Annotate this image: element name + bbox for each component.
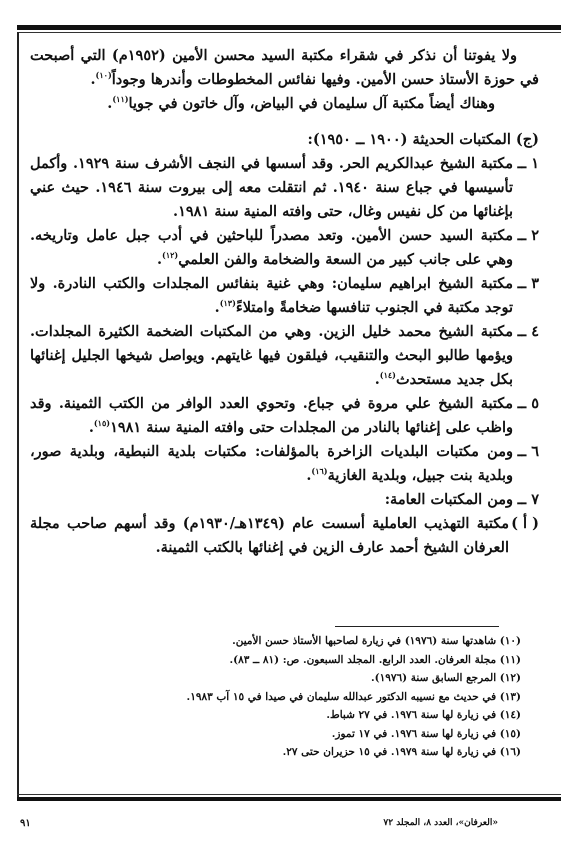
- list-item-6: ٦ ــ ومن مكتبات البلديات الزاخرة بالمؤلف…: [30, 440, 539, 488]
- page-number: ٩١: [20, 818, 31, 829]
- list-item-number: ٣ ــ: [513, 272, 539, 320]
- list-item-5: ٥ ــ مكتبة الشيخ علي مروة في جباع. وتحوي…: [30, 392, 539, 440]
- footnote-15: (١٥) في زيارة لها سنة ١٩٧٦. في ١٧ تموز.: [30, 725, 521, 744]
- footnote-ref-10: (١٠): [96, 70, 112, 80]
- page-body: ولا يفوتنا أن نذكر في شقراء مكتبة السيد …: [30, 44, 539, 560]
- footnote-ref-13: (١٣): [220, 298, 236, 308]
- intro-paragraph-2: وهناك أيضاً مكتبة آل سليمان في البياض، و…: [30, 92, 539, 116]
- list-item-number: ٥ ــ: [513, 392, 539, 440]
- footnote-12: (١٢) المرجع السابق سنة (١٩٧٦).: [30, 669, 521, 688]
- list-item-2: ٢ ــ مكتبة السيد حسن الأمين. وتعد مصدراً…: [30, 224, 539, 272]
- list-item-number: ٢ ــ: [513, 224, 539, 272]
- list-item-text-wrap: مكتبة الشيخ ابراهيم سليمان: وهي غنية بنف…: [30, 272, 513, 320]
- sub-item-label: ( أ ): [509, 512, 539, 560]
- list-item-text: مكتبة الشيخ ابراهيم سليمان: وهي غنية بنف…: [30, 275, 513, 316]
- list-item-text-wrap: مكتبة السيد حسن الأمين. وتعد مصدراً للبا…: [30, 224, 513, 272]
- footnote-13: (١٣) في حديث مع نسيبه الدكتور عبدالله سل…: [30, 688, 521, 707]
- journal-reference: «العرفان»، العدد ٨، المجلد ٧٢: [383, 818, 498, 828]
- list-item-3: ٣ ــ مكتبة الشيخ ابراهيم سليمان: وهي غني…: [30, 272, 539, 320]
- list-item-number: ٤ ــ: [513, 320, 539, 392]
- list-item-1: ١ ــ مكتبة الشيخ عبدالكريم الحر. وقد أسس…: [30, 152, 539, 224]
- left-border: [17, 32, 19, 797]
- list-item-text: مكتبة السيد حسن الأمين. وتعد مصدراً للبا…: [30, 227, 513, 268]
- footnote-11: (١١) مجلة العرفان. العدد الرابع. المجلد …: [30, 651, 521, 670]
- sub-item-a: ( أ ) مكتبة التهذيب العاملية أسست عام (١…: [30, 512, 539, 560]
- bottom-border-thin: [17, 794, 561, 795]
- list-item-text-wrap: مكتبة الشيخ محمد خليل الزين. وهي من المك…: [30, 320, 513, 392]
- intro-paragraph-2-text: وهناك أيضاً مكتبة آل سليمان في البياض، و…: [129, 95, 495, 112]
- list-item-text-wrap: مكتبة الشيخ علي مروة في جباع. وتحوي العد…: [30, 392, 513, 440]
- list-item-text: مكتبة الشيخ علي مروة في جباع. وتحوي العد…: [30, 395, 513, 436]
- intro-paragraph-1: ولا يفوتنا أن نذكر في شقراء مكتبة السيد …: [30, 44, 539, 92]
- footnotes: (١٠) شاهدتها سنة (١٩٧٦) في زيارة لصاحبها…: [30, 632, 521, 762]
- footnote-14: (١٤) في زيارة لها سنة ١٩٧٦. في ٢٧ شباط.: [30, 706, 521, 725]
- bottom-border-thick: [17, 797, 561, 801]
- intro-paragraph-1-text: ولا يفوتنا أن نذكر في شقراء مكتبة السيد …: [30, 47, 539, 88]
- footnote-ref-12: (١٢): [162, 250, 178, 260]
- footnote-ref-15: (١٥): [94, 418, 110, 428]
- list-item-4: ٤ ــ مكتبة الشيخ محمد خليل الزين. وهي من…: [30, 320, 539, 392]
- list-item-text: مكتبة الشيخ محمد خليل الزين. وهي من المك…: [30, 323, 513, 388]
- footnote-ref-11: (١١): [112, 94, 128, 104]
- list-item-text: ومن مكتبات البلديات الزاخرة بالمؤلفات: م…: [30, 443, 513, 484]
- footnote-separator: [335, 626, 499, 627]
- section-heading: (ج) المكتبات الحديثة (١٩٠٠ ــ ١٩٥٠):: [30, 128, 539, 152]
- footnote-16: (١٦) في زيارة لها سنة ١٩٧٩. في ١٥ حزيران…: [30, 743, 521, 762]
- footnote-ref-14: (١٤): [380, 370, 396, 380]
- list-item-number: ٧ ــ: [513, 488, 539, 512]
- top-border-thin: [17, 32, 561, 33]
- top-border-thick: [17, 25, 561, 30]
- list-item-7: ٧ ــ ومن المكتبات العامة:: [30, 488, 539, 512]
- list-item-number: ٦ ــ: [513, 440, 539, 488]
- sub-item-text: مكتبة التهذيب العاملية أسست عام (١٣٤٩هـ/…: [30, 512, 509, 560]
- list-item-text: ومن المكتبات العامة:: [30, 488, 513, 512]
- footnote-10: (١٠) شاهدتها سنة (١٩٧٦) في زيارة لصاحبها…: [30, 632, 521, 651]
- list-item-text: مكتبة الشيخ عبدالكريم الحر. وقد أسسها في…: [30, 152, 513, 224]
- list-item-number: ١ ــ: [513, 152, 539, 224]
- page-footer: ٩١ «العرفان»، العدد ٨، المجلد ٧٢: [0, 818, 561, 832]
- footnote-ref-16: (١٦): [311, 466, 327, 476]
- list-item-text-wrap: ومن مكتبات البلديات الزاخرة بالمؤلفات: م…: [30, 440, 513, 488]
